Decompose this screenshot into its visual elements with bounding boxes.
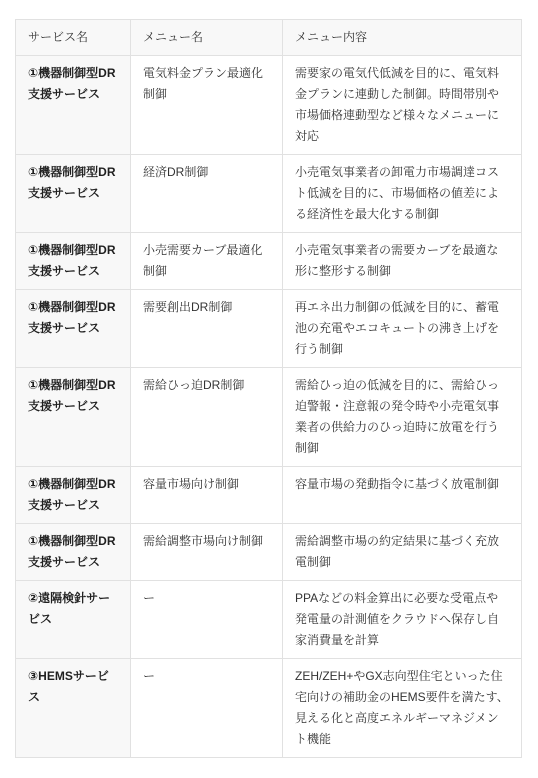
table-row: ③HEMSサービス ー ZEH/ZEH+やGX志向型住宅といった住宅向けの補助金… [16, 659, 522, 758]
menu-description-cell: 小売電気事業者の需要カーブを最適な形に整形する制御 [283, 233, 522, 290]
table-row: ②遠隔検針サービス ー PPAなどの料金算出に必要な受電点や発電量の計測値をクラ… [16, 581, 522, 659]
menu-name-cell: 需要創出DR制御 [131, 290, 283, 368]
menu-description-cell: 需給調整市場の約定結果に基づく充放電制御 [283, 524, 522, 581]
service-name-cell: ①機器制御型DR支援サービス [16, 290, 131, 368]
menu-name-cell: 小売需要カーブ最適化制御 [131, 233, 283, 290]
service-name-cell: ①機器制御型DR支援サービス [16, 155, 131, 233]
table-row: ①機器制御型DR支援サービス 需給ひっ迫DR制御 需給ひっ迫の低減を目的に、需給… [16, 368, 522, 467]
menu-name-cell: 電気料金プラン最適化制御 [131, 56, 283, 155]
menu-description-cell: 小売電気事業者の卸電力市場調達コスト低減を目的に、市場価格の値差による経済性を最… [283, 155, 522, 233]
column-header-menu-description: メニュー内容 [283, 20, 522, 56]
service-name-cell: ②遠隔検針サービス [16, 581, 131, 659]
menu-name-cell: ー [131, 659, 283, 758]
menu-description-cell: 需要家の電気代低減を目的に、電気料金プランに連動した制御。時間帯別や市場価格連動… [283, 56, 522, 155]
service-name-cell: ①機器制御型DR支援サービス [16, 56, 131, 155]
service-name-cell: ①機器制御型DR支援サービス [16, 524, 131, 581]
service-menu-table: サービス名 メニュー名 メニュー内容 ①機器制御型DR支援サービス 電気料金プラ… [15, 19, 522, 758]
menu-description-cell: 需給ひっ迫の低減を目的に、需給ひっ迫警報・注意報の発令時や小売電気事業者の供給力… [283, 368, 522, 467]
table-row: ①機器制御型DR支援サービス 容量市場向け制御 容量市場の発動指令に基づく放電制… [16, 467, 522, 524]
menu-name-cell: 容量市場向け制御 [131, 467, 283, 524]
service-name-cell: ①機器制御型DR支援サービス [16, 467, 131, 524]
menu-name-cell: 需給ひっ迫DR制御 [131, 368, 283, 467]
service-name-cell: ③HEMSサービス [16, 659, 131, 758]
menu-description-cell: ZEH/ZEH+やGX志向型住宅といった住宅向けの補助金のHEMS要件を満たす、… [283, 659, 522, 758]
table-row: ①機器制御型DR支援サービス 電気料金プラン最適化制御 需要家の電気代低減を目的… [16, 56, 522, 155]
table-row: ①機器制御型DR支援サービス 経済DR制御 小売電気事業者の卸電力市場調達コスト… [16, 155, 522, 233]
menu-description-cell: PPAなどの料金算出に必要な受電点や発電量の計測値をクラウドへ保存し自家消費量を… [283, 581, 522, 659]
table-row: ①機器制御型DR支援サービス 需給調整市場向け制御 需給調整市場の約定結果に基づ… [16, 524, 522, 581]
menu-name-cell: 需給調整市場向け制御 [131, 524, 283, 581]
table-row: ①機器制御型DR支援サービス 小売需要カーブ最適化制御 小売電気事業者の需要カー… [16, 233, 522, 290]
table-row: ①機器制御型DR支援サービス 需要創出DR制御 再エネ出力制御の低減を目的に、蓄… [16, 290, 522, 368]
menu-name-cell: 経済DR制御 [131, 155, 283, 233]
page: サービス名 メニュー名 メニュー内容 ①機器制御型DR支援サービス 電気料金プラ… [0, 0, 538, 778]
header-row: サービス名 メニュー名 メニュー内容 [16, 20, 522, 56]
service-name-cell: ①機器制御型DR支援サービス [16, 233, 131, 290]
service-name-cell: ①機器制御型DR支援サービス [16, 368, 131, 467]
menu-description-cell: 容量市場の発動指令に基づく放電制御 [283, 467, 522, 524]
column-header-menu-name: メニュー名 [131, 20, 283, 56]
menu-description-cell: 再エネ出力制御の低減を目的に、蓄電池の充電やエコキュートの沸き上げを行う制御 [283, 290, 522, 368]
column-header-service-name: サービス名 [16, 20, 131, 56]
menu-name-cell: ー [131, 581, 283, 659]
